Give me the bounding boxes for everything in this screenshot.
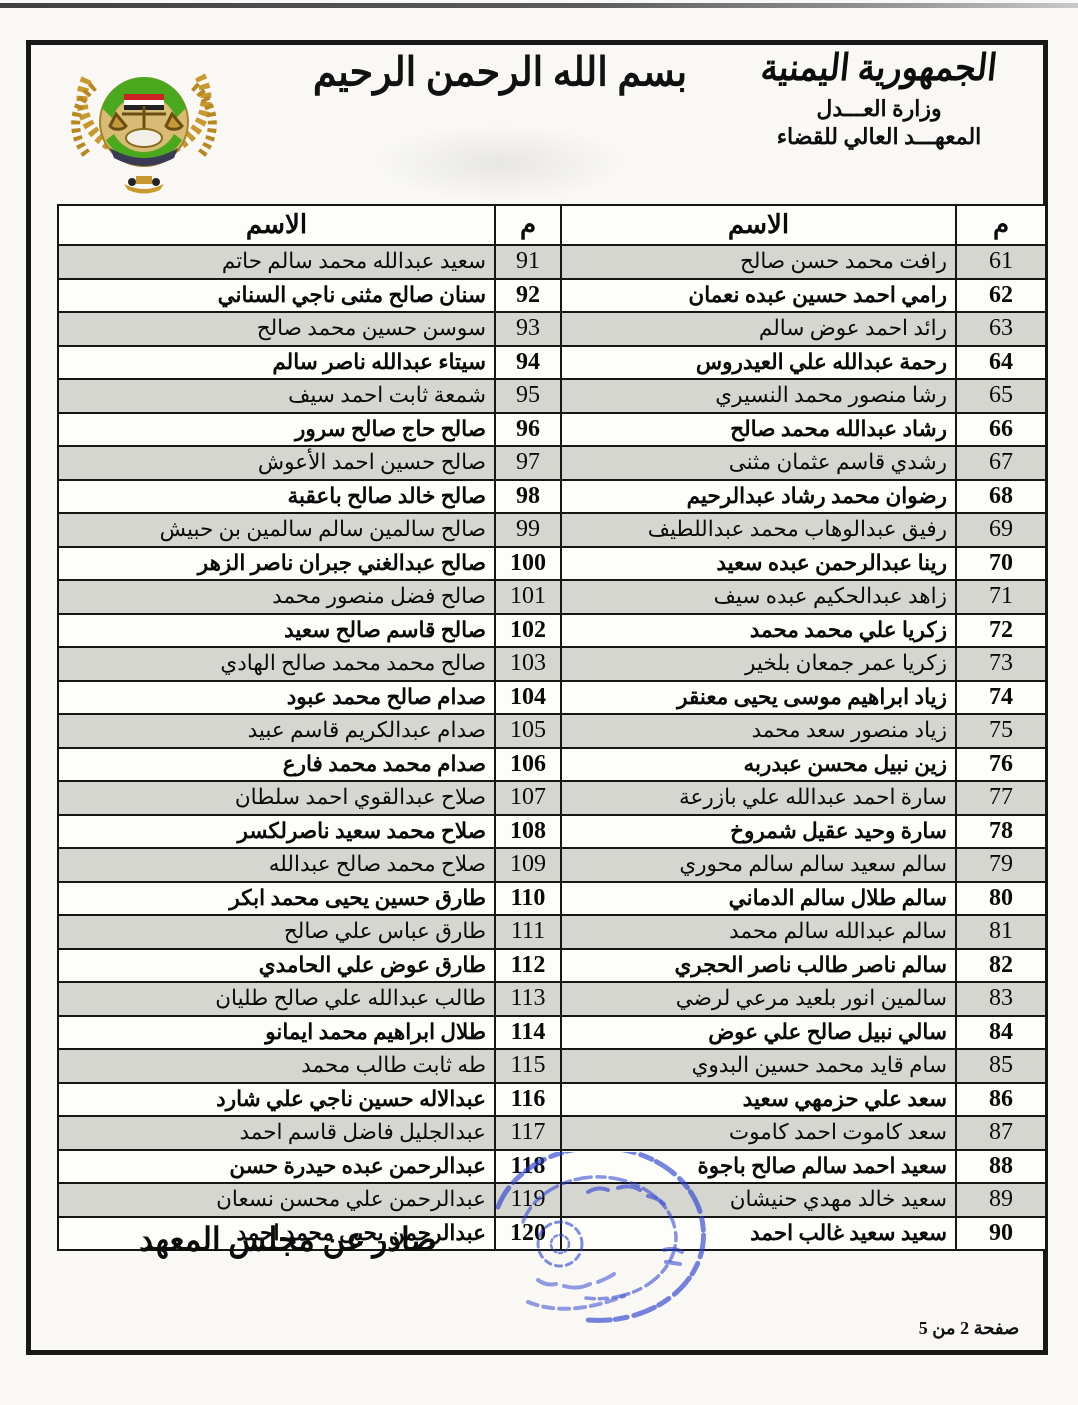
number-cell: 71 <box>956 580 1046 614</box>
number-cell: 99 <box>495 513 561 547</box>
name-cell: رشاد عبدالله محمد صالح <box>561 413 956 447</box>
name-cell: صلاح محمد سعيد ناصرلكسر <box>58 815 495 849</box>
table-row: صالح خالد صالح باعقبة98رضوان محمد رشاد ع… <box>58 480 1046 514</box>
name-cell: صالح سالمين سالم سالمين بن حبيش <box>58 513 495 547</box>
number-cell: 68 <box>956 480 1046 514</box>
table-row: شمعة ثابت احمد سيف95رشا منصور محمد النسي… <box>58 379 1046 413</box>
number-cell: 104 <box>495 681 561 715</box>
column-header-num: م <box>495 205 561 245</box>
name-cell: زكريا عمر جمعان بلخير <box>561 647 956 681</box>
column-header-name: الاسم <box>58 205 495 245</box>
number-cell: 84 <box>956 1016 1046 1050</box>
name-cell: زاهد عبدالحكيم عبده سيف <box>561 580 956 614</box>
number-cell: 83 <box>956 982 1046 1016</box>
table-row: صالح محمد محمد صالح الهادي103زكريا عمر ج… <box>58 647 1046 681</box>
scan-edge-artifact <box>0 3 1078 8</box>
ministry-title: وزارة العـــدل <box>718 96 1040 122</box>
number-cell: 96 <box>495 413 561 447</box>
number-cell: 75 <box>956 714 1046 748</box>
name-cell: سعد علي حزمهي سعيد <box>561 1083 956 1117</box>
number-cell: 70 <box>956 547 1046 581</box>
name-cell: صدام محمد محمد فارع <box>58 748 495 782</box>
name-cell: صالح خالد صالح باعقبة <box>58 480 495 514</box>
table-row: صدام محمد محمد فارع106زين نبيل محسن عبدر… <box>58 748 1046 782</box>
number-cell: 102 <box>495 614 561 648</box>
table-row: صدام عبدالكريم قاسم عبيد105زياد منصور سع… <box>58 714 1046 748</box>
number-cell: 69 <box>956 513 1046 547</box>
table-row: صلاح عبدالقوي احمد سلطان107سارة احمد عبد… <box>58 781 1046 815</box>
number-cell: 94 <box>495 346 561 380</box>
number-cell: 81 <box>956 915 1046 949</box>
name-cell: طارق عباس علي صالح <box>58 915 495 949</box>
name-cell: سعيد عبدالله محمد سالم حاتم <box>58 245 495 279</box>
number-cell: 98 <box>495 480 561 514</box>
number-cell: 73 <box>956 647 1046 681</box>
name-cell: زياد منصور سعد محمد <box>561 714 956 748</box>
name-cell: صالح عبدالغني جبران ناصر الزهر <box>58 547 495 581</box>
table-row: صلاح محمد صالح عبدالله109سالم سعيد سالم … <box>58 848 1046 882</box>
table-row: طارق حسين يحيى محمد ابكر110سالم طلال سال… <box>58 882 1046 916</box>
number-cell: 113 <box>495 982 561 1016</box>
number-cell: 91 <box>495 245 561 279</box>
name-cell: زكريا علي محمد محمد <box>561 614 956 648</box>
name-cell: سالي نبيل صالح علي عوض <box>561 1016 956 1050</box>
name-cell: صالح فضل منصور محمد <box>58 580 495 614</box>
issued-by-statement: صادر عن مجلس المعهد <box>88 1221 488 1259</box>
name-cell: رينا عبدالرحمن عبده سعيد <box>561 547 956 581</box>
header-authority-block: الجمهورية اليمنية وزارة العـــدل المعهــ… <box>718 48 1040 150</box>
name-cell: سالم ناصر طالب ناصر الحجري <box>561 949 956 983</box>
name-cell: سارة احمد عبدالله علي بازرعة <box>561 781 956 815</box>
number-cell: 95 <box>495 379 561 413</box>
page-number: صفحة 2 من 5 <box>898 1318 1040 1339</box>
table-row: عبدالاله حسين ناجي علي شارد116سعد علي حز… <box>58 1083 1046 1117</box>
name-cell: عبدالجليل فاضل قاسم احمد <box>58 1116 495 1150</box>
number-cell: 67 <box>956 446 1046 480</box>
table-row: طلال ابراهيم محمد ايمانو114سالي نبيل صال… <box>58 1016 1046 1050</box>
number-cell: 106 <box>495 748 561 782</box>
name-cell: سالمين انور بلعيد مرعي لرضي <box>561 982 956 1016</box>
table-row: صدام صالح محمد عبود104زياد ابراهيم موسى … <box>58 681 1046 715</box>
name-cell: زياد ابراهيم موسى يحيى معنقر <box>561 681 956 715</box>
republic-title: الجمهورية اليمنية <box>716 46 1043 89</box>
name-cell: رفيق عبدالوهاب محمد عبداللطيف <box>561 513 956 547</box>
table-row: طارق عباس علي صالح111سالم عبدالله سالم م… <box>58 915 1046 949</box>
number-cell: 116 <box>495 1083 561 1117</box>
name-cell: صالح حسين احمد الأعوش <box>58 446 495 480</box>
name-cell: سعد كاموت احمد كاموت <box>561 1116 956 1150</box>
number-cell: 62 <box>956 279 1046 313</box>
name-cell: سام قايد محمد حسين البدوي <box>561 1049 956 1083</box>
number-cell: 111 <box>495 915 561 949</box>
table-row: طه ثابت طالب محمد115سام قايد محمد حسين ا… <box>58 1049 1046 1083</box>
name-cell: سنان صالح مثنى ناجي السناني <box>58 279 495 313</box>
number-cell: 87 <box>956 1116 1046 1150</box>
number-cell: 105 <box>495 714 561 748</box>
number-cell: 80 <box>956 882 1046 916</box>
table-row: سوسن حسين محمد صالح93رائد احمد عوض سالم6… <box>58 312 1046 346</box>
bismillah-calligraphy: بسم الله الرحمن الرحيم <box>300 49 700 96</box>
table-row: صالح حاج صالح سرور96رشاد عبدالله محمد صا… <box>58 413 1046 447</box>
judicial-institute-emblem-icon <box>58 56 230 194</box>
name-cell: سارة وحيد عقيل شمروخ <box>561 815 956 849</box>
number-cell: 79 <box>956 848 1046 882</box>
name-cell: صالح قاسم صالح سعيد <box>58 614 495 648</box>
name-cell: صدام عبدالكريم قاسم عبيد <box>58 714 495 748</box>
name-cell: رشا منصور محمد النسيري <box>561 379 956 413</box>
name-cell: صلاح محمد صالح عبدالله <box>58 848 495 882</box>
table-row: سعيد عبدالله محمد سالم حاتم91رافت محمد ح… <box>58 245 1046 279</box>
column-header-name: الاسم <box>561 205 956 245</box>
table-row: صالح حسين احمد الأعوش97رشدي قاسم عثمان م… <box>58 446 1046 480</box>
number-cell: 66 <box>956 413 1046 447</box>
number-cell: 112 <box>495 949 561 983</box>
number-cell: 77 <box>956 781 1046 815</box>
number-cell: 76 <box>956 748 1046 782</box>
number-cell: 103 <box>495 647 561 681</box>
name-cell: سيتاء عبدالله ناصر سالم <box>58 346 495 380</box>
table-row: سيتاء عبدالله ناصر سالم94رحمة عبدالله عل… <box>58 346 1046 380</box>
number-cell: 89 <box>956 1183 1046 1217</box>
name-cell: عبدالرحمن علي محسن نسعان <box>58 1183 495 1217</box>
names-roster-table: الاسم م الاسم م سعيد عبدالله محمد سالم ح… <box>57 204 1047 1251</box>
name-cell: شمعة ثابت احمد سيف <box>58 379 495 413</box>
number-cell: 109 <box>495 848 561 882</box>
name-cell: عبدالرحمن عبده حيدرة حسن <box>58 1150 495 1184</box>
name-cell: رافت محمد حسن صالح <box>561 245 956 279</box>
number-cell: 117 <box>495 1116 561 1150</box>
number-cell: 64 <box>956 346 1046 380</box>
name-cell: رحمة عبدالله علي العيدروس <box>561 346 956 380</box>
number-cell: 92 <box>495 279 561 313</box>
name-cell: سالم سعيد سالم سالم محوري <box>561 848 956 882</box>
number-cell: 78 <box>956 815 1046 849</box>
number-cell: 61 <box>956 245 1046 279</box>
name-cell: سالم طلال سالم الدماني <box>561 882 956 916</box>
number-cell: 97 <box>495 446 561 480</box>
number-cell: 100 <box>495 547 561 581</box>
name-cell: رائد احمد عوض سالم <box>561 312 956 346</box>
number-cell: 107 <box>495 781 561 815</box>
number-cell: 90 <box>956 1217 1046 1251</box>
name-cell: رشدي قاسم عثمان مثنى <box>561 446 956 480</box>
table-row: صالح سالمين سالم سالمين بن حبيش99رفيق عب… <box>58 513 1046 547</box>
name-cell: رامي احمد حسين عبده نعمان <box>561 279 956 313</box>
number-cell: 65 <box>956 379 1046 413</box>
table-row: صالح قاسم صالح سعيد102زكريا علي محمد محم… <box>58 614 1046 648</box>
number-cell: 93 <box>495 312 561 346</box>
name-cell: سوسن حسين محمد صالح <box>58 312 495 346</box>
official-ink-stamp-icon <box>468 1152 748 1352</box>
number-cell: 85 <box>956 1049 1046 1083</box>
name-cell: طالب عبدالله علي صالح طليان <box>58 982 495 1016</box>
name-cell: طه ثابت طالب محمد <box>58 1049 495 1083</box>
table-header-row: الاسم م الاسم م <box>58 205 1046 245</box>
table-row: صالح فضل منصور محمد101زاهد عبدالحكيم عبد… <box>58 580 1046 614</box>
table-row: صالح عبدالغني جبران ناصر الزهر100رينا عب… <box>58 547 1046 581</box>
name-cell: عبدالاله حسين ناجي علي شارد <box>58 1083 495 1117</box>
name-cell: صالح حاج صالح سرور <box>58 413 495 447</box>
number-cell: 74 <box>956 681 1046 715</box>
table-row: عبدالجليل فاضل قاسم احمد117سعد كاموت احم… <box>58 1116 1046 1150</box>
name-cell: سالم عبدالله سالم محمد <box>561 915 956 949</box>
column-header-num: م <box>956 205 1046 245</box>
table-row: صلاح محمد سعيد ناصرلكسر108سارة وحيد عقيل… <box>58 815 1046 849</box>
name-cell: صلاح عبدالقوي احمد سلطان <box>58 781 495 815</box>
number-cell: 110 <box>495 882 561 916</box>
name-cell: طلال ابراهيم محمد ايمانو <box>58 1016 495 1050</box>
number-cell: 72 <box>956 614 1046 648</box>
institute-title: المعهـــد العالي للقضاء <box>718 124 1040 150</box>
number-cell: 63 <box>956 312 1046 346</box>
number-cell: 101 <box>495 580 561 614</box>
number-cell: 115 <box>495 1049 561 1083</box>
number-cell: 86 <box>956 1083 1046 1117</box>
number-cell: 114 <box>495 1016 561 1050</box>
table-row: سنان صالح مثنى ناجي السناني92رامي احمد ح… <box>58 279 1046 313</box>
table-row: طارق عوض علي الحامدي112سالم ناصر طالب نا… <box>58 949 1046 983</box>
name-cell: زين نبيل محسن عبدربه <box>561 748 956 782</box>
name-cell: طارق عوض علي الحامدي <box>58 949 495 983</box>
scanned-document-page: بسم الله الرحمن الرحيم الجمهورية اليمنية… <box>0 0 1078 1405</box>
number-cell: 88 <box>956 1150 1046 1184</box>
name-cell: رضوان محمد رشاد عبدالرحيم <box>561 480 956 514</box>
number-cell: 82 <box>956 949 1046 983</box>
name-cell: طارق حسين يحيى محمد ابكر <box>58 882 495 916</box>
name-cell: صدام صالح محمد عبود <box>58 681 495 715</box>
number-cell: 108 <box>495 815 561 849</box>
name-cell: صالح محمد محمد صالح الهادي <box>58 647 495 681</box>
table-row: طالب عبدالله علي صالح طليان113سالمين انو… <box>58 982 1046 1016</box>
